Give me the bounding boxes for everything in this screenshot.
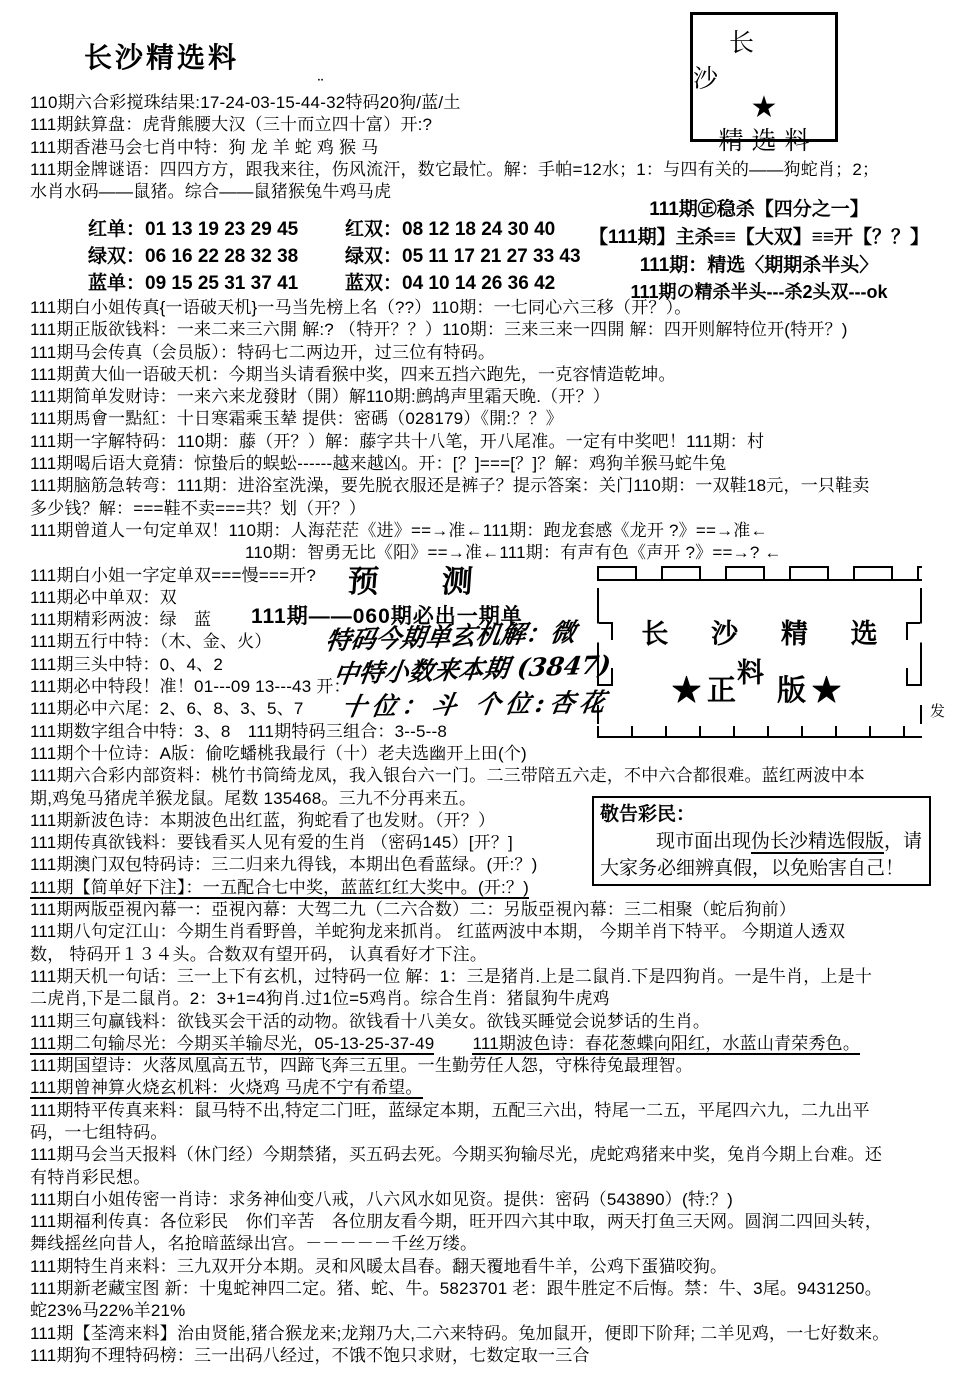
- color-table-row: 蓝单：09 15 25 31 37 41蓝双：04 10 14 26 36 42: [88, 270, 581, 297]
- color-cell-left: 红单：01 13 19 23 29 45: [88, 216, 345, 243]
- line-text: 水肖水码——鼠猪。综合——鼠猪猴兔牛鸡马虎: [30, 182, 391, 201]
- notice-line1-underlined: 伪长沙精选假版: [751, 831, 884, 854]
- line-text: 111期白小姐一字定单双===慢===开?: [30, 566, 316, 585]
- color-cell-right: 绿双：05 11 17 21 27 33 43: [345, 246, 581, 267]
- text-line: 111期三句赢钱料：欲钱买会干活的动物。欲钱看十八美女。欲钱买睡觉会说梦话的生肖…: [30, 1011, 935, 1033]
- text-line: 111期个十位诗：A版：偷吃蟠桃我最行（十）老夫选幽开上田(个): [30, 743, 935, 765]
- text-line: 111期香港马会七肖中特：狗 龙 羊 蛇 鸡 猴 马: [30, 137, 935, 159]
- line-text: 码，一七组特码。: [30, 1123, 168, 1142]
- line-text: 111期【荃湾来料】治由贤能,猪合猴龙来;龙翔乃大,二六来特码。兔加鼠开，便即下…: [30, 1324, 889, 1343]
- text-line: 数， 特码开１３４头。合数双有望开码， 认真看好才下注。: [30, 944, 935, 966]
- line-text: 111期脑筋急转弯：111期：进浴室洗澡，要先脱衣服还是裤子？提示答案：关门11…: [30, 476, 870, 495]
- text-line: 111期二句输尽光：今期买羊输尽光，05-13-25-37-49111期波色诗：…: [30, 1033, 935, 1055]
- line-text: 111期三头中特：0、4、2: [30, 655, 223, 674]
- color-cell-right: 红双：08 12 18 24 30 40: [345, 219, 555, 240]
- line-text: 110期：智勇无比《阳》==→准←111期：有声有色《声开 ?》==→? ←: [245, 543, 782, 562]
- underlined-segment-right: 111期波色诗：春花葱蝶向阳红，水蓝山青荣秀色。: [472, 1034, 860, 1055]
- text-line: 111期特生肖来料：三九双开分本期。灵和风暖太昌春。翻天覆地看牛羊，公鸡下蛋猫咬…: [30, 1256, 935, 1278]
- stamp-top-text: 长沙: [693, 23, 835, 95]
- line-text: 111期香港马会七肖中特：狗 龙 羊 蛇 鸡 猴 马: [30, 138, 378, 157]
- line-text: 111期精彩两波：绿 蓝: [30, 610, 211, 629]
- text-line: 111期金牌谜语：四四方方，跟我来往，伤风流汗，数它最忙。解：手帕=12水；1：…: [30, 159, 935, 181]
- line-text: 111期简单发财诗：一来六来龙發財（開）解110期:鹧鸪声里霜天晚.（开？）: [30, 387, 610, 406]
- line-text: 111期三句赢钱料：欲钱买会干活的动物。欲钱看十八美女。欲钱买睡觉会说梦话的生肖…: [30, 1012, 710, 1031]
- line-text: 二虎肖,下是二鼠肖。2：3+1=4狗肖.过1位=5鸡肖。综合生肖：猪鼠狗牛虎鸡: [30, 989, 610, 1008]
- line-text: 111期新波色诗：本期波色出红蓝，狗蛇看了也发财。（开？）: [30, 811, 495, 830]
- notice-to-players-box: 敬告彩民： 现市面出现伪长沙精选假版，请 大家务必细辨真假，以免贻害自己！: [592, 796, 931, 886]
- kill-line-2: 【111期】主杀≡≡【大双】≡≡开【？？】: [578, 224, 940, 252]
- kill-line-3: 111期：精选〈期期杀半头〉: [578, 252, 940, 279]
- intro-lines: 110期六合彩搅珠结果:17-24-03-15-44-32特码20狗/蓝/土11…: [30, 92, 935, 203]
- notice-line1-post: ，请: [884, 831, 922, 852]
- line-text: 期,鸡兔马猪虎羊猴龙鼠。尾数 135468。三九不分再来五。: [30, 789, 476, 808]
- text-line: 111期新老藏宝图 新：十鬼蛇神四二定。猪、蛇、牛。5823701 老：跟牛胜定…: [30, 1278, 935, 1300]
- color-number-table: 红单：01 13 19 23 29 45红双：08 12 18 24 30 40…: [88, 216, 581, 297]
- text-line: 111期福利传真：各位彩民 你们辛苦 各位朋友看今期，旺开四六其中取，两天打鱼三…: [30, 1211, 935, 1233]
- color-cell-left: 绿双：06 16 22 28 32 38: [88, 243, 345, 270]
- text-line: 有特肖彩民想。: [30, 1167, 935, 1189]
- kill-analysis-block: 111期㊣稳杀【四分之一】 【111期】主杀≡≡【大双】≡≡开【？？】 111期…: [578, 196, 940, 305]
- text-line: 111期马会当天报料（休门经）今期禁猪，买五码去死。今期买狗输尽光，虎蛇鸡猪来中…: [30, 1144, 935, 1166]
- notice-line-2: 大家务必细辨真假，以免贻害自己！: [600, 855, 923, 882]
- text-line: 111期狗不理特码榜：三一出码八经过，不饿不饱只求财，七数定取一三合: [30, 1345, 935, 1367]
- zhengban-subtitle: ★正 版★: [597, 668, 922, 709]
- line-text: 111期金牌谜语：四四方方，跟我来往，伤风流汗，数它最忙。解：手帕=12水；1：…: [30, 160, 879, 179]
- line-text: 111期狗不理特码榜：三一出码八经过，不饿不饱只求财，七数定取一三合: [30, 1346, 590, 1365]
- line-text: 111期【简单好下注】：一五配合七中奖，蓝蓝红红大奖中。(开:？): [30, 878, 529, 899]
- line-text: 111期福利传真：各位彩民 你们辛苦 各位朋友看今期，旺开四六其中取，两天打鱼三…: [30, 1212, 882, 1231]
- underlined-segment-left: 111期二句输尽光：今期买羊输尽光，05-13-25-37-49: [30, 1034, 434, 1055]
- side-mark: 发: [930, 700, 945, 721]
- forecast-heading: 预 测: [346, 556, 490, 601]
- text-line: 111期脑筋急转弯：111期：进浴室洗澡，要先脱衣服还是裤子？提示答案：关门11…: [30, 475, 935, 497]
- text-line: 111期【荃湾来料】治由贤能,猪合猴龙来;龙翔乃大,二六来特码。兔加鼠开，便即下…: [30, 1323, 935, 1345]
- text-line: 111期八句定江山：今期生肖看野兽，羊蛇狗龙来抓肖。 红蓝两波中本期， 今期羊肖…: [30, 921, 935, 943]
- line-text: 111期国望诗：火落凤凰高五节，四蹄飞奔三五里。一生勤劳任人怨，守株待兔最理智。: [30, 1056, 693, 1075]
- line-text: 111期黄大仙一语破天机：今期当头请看猴中奖，四来五挡六跑先，一克容情造乾坤。: [30, 365, 676, 384]
- line-text: 111期特生肖来料：三九双开分本期。灵和风暖太昌春。翻天覆地看牛羊，公鸡下蛋猫咬…: [30, 1257, 727, 1276]
- line-text: 111期天机一句话：三一上下有玄机，过特码一位 解：1：三是猪肖.上是二鼠肖.下…: [30, 967, 872, 986]
- line-text: 111期特平传真来料：鼠马特不出,特定二门旺，蓝绿定本期，五配三六出，特尾一二五…: [30, 1101, 870, 1120]
- line-text: 111期新老藏宝图 新：十鬼蛇神四二定。猪、蛇、牛。5823701 老：跟牛胜定…: [30, 1279, 882, 1298]
- line-text: 111期鈇算盘：虎背熊腰大汉（三十而立四十富）开:?: [30, 115, 432, 134]
- line-text: 111期喝后语大竟猜：惊蛰后的蜈蚣------越来越凶。开：[？]===[？]？…: [30, 454, 726, 473]
- text-line: 蛇23%马22%羊21%: [30, 1300, 935, 1322]
- line-text: 111期馬會一點紅：十日寒霜乘玉辇 提供：密碼（028179）《開:？？》: [30, 409, 563, 428]
- line-text: 110期六合彩搅珠结果:17-24-03-15-44-32特码20狗/蓝/土: [30, 93, 461, 112]
- line-text: 111期马会当天报料（休门经）今期禁猪，买五码去死。今期买狗输尽光，虎蛇鸡猪来中…: [30, 1145, 882, 1164]
- notice-line1-pre: 现市面出现: [656, 831, 751, 852]
- color-cell-right: 蓝双：04 10 14 26 36 42: [345, 273, 555, 294]
- text-line: 111期白小姐传密一肖诗：求务神仙变八戒，八六风水如见资。提供：密码（54389…: [30, 1189, 935, 1211]
- text-line: 111期两版亞視內幕一：亞視內幕：大驾二九（二六合数）二：另版亞視內幕：三二相聚…: [30, 899, 935, 921]
- text-line: 111期一字解特码：110期：藤（开？）解：藤字共十八笔，开八尾准。一定有中奖吧…: [30, 431, 935, 453]
- text-line: 111期马会传真（会员版）：特码七二两边开，过三位有特码。: [30, 342, 935, 364]
- line-text: 111期马会传真（会员版）：特码七二两边开，过三位有特码。: [30, 343, 495, 362]
- text-line: 111期简单发财诗：一来六来龙發財（開）解110期:鹧鸪声里霜天晚.（开？）: [30, 386, 935, 408]
- text-line: 110期六合彩搅珠结果:17-24-03-15-44-32特码20狗/蓝/土: [30, 92, 935, 114]
- handwritten-note-3: 十位：斗 个位:杏花: [339, 683, 613, 724]
- notice-line-1: 现市面出现伪长沙精选假版，请: [600, 828, 923, 855]
- line-text: 111期数字组合中特：3、8 111期特码三组合：3--5--8: [30, 722, 447, 741]
- line-text: 111期必中六尾：2、6、8、3、5、7: [30, 699, 304, 718]
- text-line: 111期馬會一點紅：十日寒霜乘玉辇 提供：密碼（028179）《開:？？》: [30, 408, 935, 430]
- line-text: 蛇23%马22%羊21%: [30, 1301, 185, 1320]
- text-line: 二虎肖,下是二鼠肖。2：3+1=4狗肖.过1位=5鸡肖。综合生肖：猪鼠狗牛虎鸡: [30, 988, 935, 1010]
- line-text: 111期澳门双包特码诗：三二归来九得钱，本期出色看蓝绿。(开:？): [30, 855, 538, 874]
- text-line: 111期喝后语大竟猜：惊蛰后的蜈蚣------越来越凶。开：[？]===[？]？…: [30, 453, 935, 475]
- line-text: 数， 特码开１３４头。合数双有望开码， 认真看好才下注。: [30, 945, 487, 964]
- lottery-tip-sheet: 长沙精选料 ¨ 长沙 ★ 精选料 110期六合彩搅珠结果:17-24-03-15…: [0, 0, 955, 1388]
- line-text: 111期白小姐传密一肖诗：求务神仙变八戒，八六风水如见资。提供：密码（54389…: [30, 1190, 733, 1209]
- color-cell-left: 蓝单：09 15 25 31 37 41: [88, 270, 345, 297]
- title-dots: ¨: [318, 76, 326, 93]
- text-line: 111期正版欲钱料：一来二来三六開 解:? （特开？？）110期：三来三来一四開…: [30, 319, 935, 341]
- text-line: 111期六合彩内部资料：桃竹书筒绮龙凤，我入银台六一门。二三带陪五六走，不中六合…: [30, 765, 935, 787]
- line-text: 111期八句定江山：今期生肖看野兽，羊蛇狗龙来抓肖。 红蓝两波中本期， 今期羊肖…: [30, 922, 845, 941]
- line-text: 111期曾道人一句定单双！110期：人海茫茫《进》==→准←111期：跑龙套感《…: [30, 521, 768, 540]
- line-text: 111期必中特段！准！01---09 13---43 开：: [30, 677, 351, 696]
- line-text: 舞线摇丝向昔人，名抢暗蓝绿出宫。－－－－－千丝万缕。: [30, 1234, 477, 1253]
- text-line: 111期特平传真来料：鼠马特不出,特定二门旺，蓝绿定本期，五配三六出，特尾一二五…: [30, 1100, 935, 1122]
- line-text: 有特肖彩民想。: [30, 1168, 150, 1187]
- text-line: 码，一七组特码。: [30, 1122, 935, 1144]
- page-title: 长沙精选料: [84, 36, 239, 76]
- line-text: 111期传真欲钱料：要钱看买人见有爱的生肖 （密码145）[开？]: [30, 833, 513, 852]
- text-line: 舞线摇丝向昔人，名抢暗蓝绿出宫。－－－－－千丝万缕。: [30, 1233, 935, 1255]
- text-line: 111期国望诗：火落凤凰高五节，四蹄飞奔三五里。一生勤劳任人怨，守株待兔最理智。: [30, 1055, 935, 1077]
- text-line: 111期白小姐传真{一语破天机}一马当先榜上名（??）110期：一七同心六三移（…: [30, 297, 935, 319]
- color-table-row: 红单：01 13 19 23 29 45红双：08 12 18 24 30 40: [88, 216, 581, 243]
- text-line: 111期鈇算盘：虎背熊腰大汉（三十而立四十富）开:?: [30, 114, 935, 136]
- text-line: 111期曾神算火烧玄机料：火烧鸡 马虎不宁有希望。: [30, 1077, 935, 1099]
- line-text: 111期正版欲钱料：一来二来三六開 解:? （特开？？）110期：三来三来一四開…: [30, 320, 848, 339]
- text-line: 111期黄大仙一语破天机：今期当头请看猴中奖，四来五挡六跑先，一克容情造乾坤。: [30, 364, 935, 386]
- line-text: 111期两版亞視內幕一：亞視內幕：大驾二九（二六合数）二：另版亞視內幕：三二相聚…: [30, 900, 796, 919]
- kill-line-1: 111期㊣稳杀【四分之一】: [578, 196, 940, 224]
- line-text: 111期五行中特：（木、金、火）: [30, 632, 272, 651]
- text-line: 111期曾道人一句定单双！110期：人海茫茫《进》==→准←111期：跑龙套感《…: [30, 520, 935, 542]
- line-text: 111期个十位诗：A版：偷吃蟠桃我最行（十）老夫选幽开上田(个): [30, 744, 527, 763]
- line-text: 多少钱？解：===鞋不卖===共？划（开？）: [30, 499, 366, 518]
- certificate-border-bottom: [597, 726, 922, 738]
- text-line: 111期天机一句话：三一上下有玄机，过特码一位 解：1：三是猪肖.上是二鼠肖.下…: [30, 966, 935, 988]
- line-text: 111期曾神算火烧玄机料：火烧鸡 马虎不宁有希望。: [30, 1078, 423, 1099]
- notice-title: 敬告彩民：: [600, 801, 923, 828]
- color-table-row: 绿双：06 16 22 28 32 38绿双：05 11 17 21 27 33…: [88, 243, 581, 270]
- zhengban-certificate-box: 长 沙 精 选 料 ★正 版★: [597, 566, 922, 738]
- line-text: 111期白小姐传真{一语破天机}一马当先榜上名（??）110期：一七同心六三移（…: [30, 298, 692, 317]
- line-text: 111期必中单双：双: [30, 588, 177, 607]
- line-text: 111期一字解特码：110期：藤（开？）解：藤字共十八笔，开八尾准。一定有中奖吧…: [30, 432, 764, 451]
- line-text: 111期六合彩内部资料：桃竹书筒绮龙凤，我入银台六一门。二三带陪五六走，不中六合…: [30, 766, 865, 785]
- certificate-border-top: [597, 566, 922, 581]
- text-line: 多少钱？解：===鞋不卖===共？划（开？）: [30, 498, 935, 520]
